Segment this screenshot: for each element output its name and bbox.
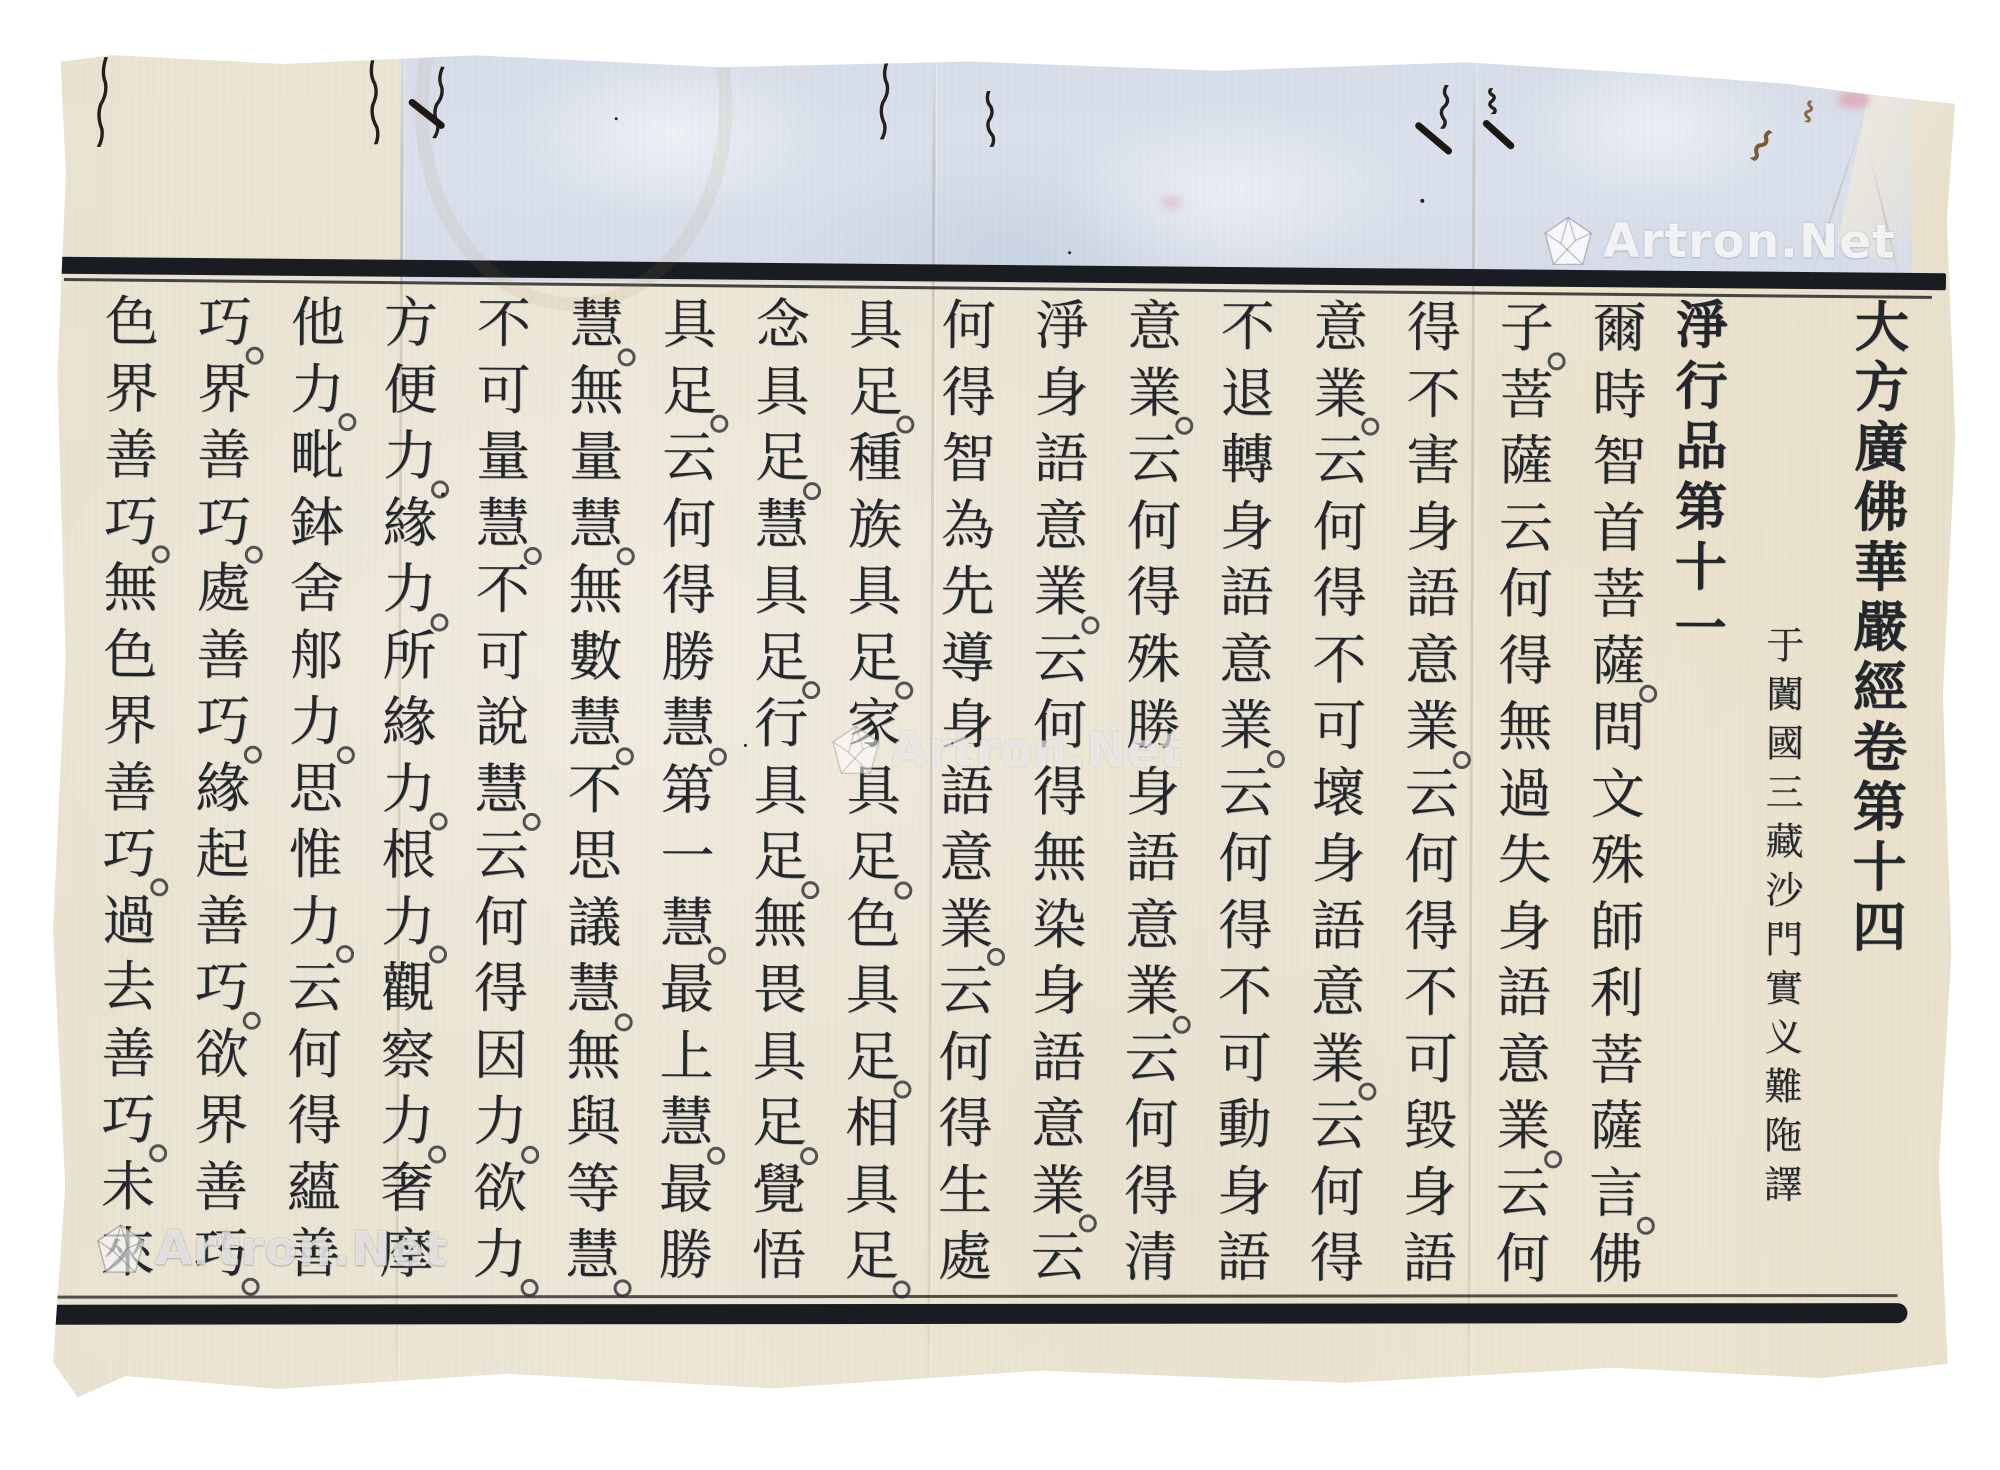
sutra-character: 可	[457, 357, 549, 424]
sutra-character: 何	[643, 491, 735, 558]
sutra-character: 殊	[1571, 827, 1663, 894]
sutra-character: 三	[1739, 768, 1831, 817]
sutra-character: 不	[1202, 294, 1294, 361]
sutra-character: 薩	[1572, 628, 1664, 695]
sutra-character: 善	[176, 888, 268, 955]
sutra-character: 意	[1295, 294, 1387, 361]
sutra-character: 無	[1013, 825, 1105, 892]
sutra-character: 具	[735, 558, 827, 625]
sutra-character: 師	[1571, 894, 1663, 961]
text-column: 不退轉身語意業云何得不可動身語	[1198, 294, 1294, 1292]
sutra-character: 具	[733, 1023, 825, 1090]
sutra-character: 生	[919, 1157, 1011, 1224]
sutra-character: 語	[1198, 1225, 1290, 1292]
sutra-character: 卷	[1834, 717, 1926, 777]
sutra-character: 善	[175, 1154, 267, 1221]
sutra-character: 云	[455, 823, 547, 890]
sutra-character: 得	[1293, 560, 1385, 627]
sutra-character: 巧	[179, 289, 271, 356]
sutra-character: 意	[1109, 293, 1201, 360]
sutra-character: 力	[363, 556, 455, 623]
ink-tear-marks	[55, 51, 1961, 59]
sutra-character: 業	[920, 891, 1012, 958]
pink-smudge	[1160, 196, 1182, 210]
sutra-character: 足	[733, 1090, 825, 1157]
sutra-character: 語	[1012, 1025, 1104, 1092]
sutra-character: 族	[829, 492, 921, 559]
reading-mark-circle	[893, 1280, 911, 1298]
scanned-sutra-page: 大方廣佛華嚴經卷第十四于闐國三藏沙門實义難陁譯淨行品第十一爾時智首菩薩問文殊師利…	[0, 0, 2000, 1470]
sutra-character: 慧	[456, 756, 548, 823]
sutra-character: 身	[1013, 958, 1105, 1025]
sutra-character: 大	[1836, 297, 1928, 357]
reading-mark-circle	[521, 1278, 539, 1296]
sutra-character: 色	[84, 621, 176, 688]
sutra-character: 不	[549, 757, 641, 824]
sutra-character: 量	[550, 424, 642, 491]
sutra-character: 云	[1294, 427, 1386, 494]
sutra-character: 薩	[1480, 428, 1572, 495]
reading-mark-circle	[242, 1277, 260, 1295]
sutra-character: 經	[1834, 657, 1926, 717]
sutra-character: 何	[1014, 692, 1106, 759]
sutra-character: 業	[1477, 1093, 1569, 1160]
sutra-character: 第	[1834, 777, 1926, 837]
sutra-character: 首	[1573, 495, 1665, 562]
text-column: 念具足慧具足行具足無畏具足覺悟	[733, 292, 829, 1290]
sutra-character: 足	[826, 1024, 918, 1091]
sutra-character: 善	[268, 1221, 360, 1288]
sutra-character: 念	[737, 292, 829, 359]
sutra-character: 色	[86, 289, 178, 356]
sutra-character: 善	[82, 1020, 174, 1087]
tear-mark	[367, 60, 383, 148]
text-column: 不可量慧不可說慧云何得因力欲力	[454, 291, 550, 1289]
sutra-character: 得	[919, 1091, 1011, 1158]
sutra-character: 郍	[270, 622, 362, 689]
translator-column: 于闐國三藏沙門實义難陁譯	[1737, 621, 1832, 1209]
sutra-character: 慧	[736, 491, 828, 558]
sutra-character: 云	[1386, 760, 1478, 827]
sutra-character: 語	[1292, 893, 1384, 960]
text-column: 具足種族具足家具足色具足相具足	[826, 292, 922, 1290]
sutra-character: 力	[454, 1089, 546, 1156]
sutra-character: 巧	[178, 489, 270, 556]
sutra-character: 菩	[1480, 362, 1572, 429]
text-column: 他力毗鉢舍郍力思惟力云何得蘊善	[268, 290, 364, 1288]
sutra-character: 來	[82, 1220, 174, 1287]
sutra-character: 力	[270, 689, 362, 756]
sutra-character: 何	[268, 1021, 360, 1088]
sutra-character: 語	[1384, 1226, 1476, 1293]
sutra-character: 勝	[640, 1222, 732, 1289]
chapter-column: 淨行品第十一	[1654, 296, 1748, 659]
sutra-character: 言	[1570, 1160, 1662, 1227]
sutra-character: 他	[272, 290, 364, 357]
sutra-character: 具	[735, 757, 827, 824]
sutra-character: 巧	[175, 1220, 267, 1287]
sutra-character: 云	[1108, 426, 1200, 493]
sutra-character: 得	[642, 557, 734, 624]
sutra-character: 得	[455, 956, 547, 1023]
sutra-character: 業	[1291, 1026, 1383, 1093]
sutra-character: 一	[1654, 598, 1746, 659]
sutra-character: 起	[176, 821, 268, 888]
sutra-character: 意	[1015, 493, 1107, 560]
sutra-character: 可	[1293, 693, 1385, 760]
sutra-character: 何	[455, 889, 547, 956]
sutra-character: 慧	[547, 1222, 639, 1289]
sutra-character: 過	[83, 887, 175, 954]
sutra-character: 業	[1294, 361, 1386, 428]
sutra-character: 失	[1478, 827, 1570, 894]
sutra-character: 便	[364, 357, 456, 424]
sutra-character: 第	[1655, 477, 1747, 538]
sutra-character: 佛	[1570, 1226, 1662, 1293]
text-column: 巧界善巧處善巧緣起善巧欲界善巧	[175, 289, 271, 1287]
ink-speck	[309, 590, 312, 593]
sutra-character: 慧	[549, 690, 641, 757]
sutra-character: 毗	[271, 423, 363, 490]
sutra-character: 具	[644, 291, 736, 358]
sutra-character: 蘊	[268, 1154, 360, 1221]
sutra-character: 何	[1385, 827, 1477, 894]
sutra-character: 過	[1479, 761, 1571, 828]
sutra-character: 無	[734, 890, 826, 957]
sutra-character: 具	[830, 292, 922, 359]
text-column: 慧無量慧無數慧不思議慧無與等慧	[547, 291, 643, 1289]
sutra-character: 意	[1012, 1091, 1104, 1158]
sutra-character: 未	[82, 1153, 174, 1220]
sutra-character: 足	[829, 359, 921, 426]
sutra-character: 色	[827, 891, 919, 958]
sutra-character: 何	[919, 1024, 1011, 1091]
sutra-character: 云	[1105, 1025, 1197, 1092]
text-column: 得不害身語意業云何得不可毀身語	[1384, 295, 1480, 1293]
title-column: 大方廣佛華嚴經卷第十四	[1833, 297, 1928, 957]
sutra-character: 動	[1198, 1092, 1290, 1159]
sutra-character: 力	[361, 1088, 453, 1155]
sutra-character: 云	[1012, 1224, 1104, 1291]
sutra-character: 語	[1478, 960, 1570, 1027]
text-column: 意業云何得不可壞身語意業云何得	[1291, 294, 1387, 1292]
sutra-character: 巧	[176, 954, 268, 1021]
sutra-character: 身	[1201, 493, 1293, 560]
sutra-character: 得	[1105, 1158, 1197, 1225]
sutra-character: 力	[362, 889, 454, 956]
sutra-character: 爾	[1574, 295, 1666, 362]
sutra-character: 與	[547, 1089, 639, 1156]
sutra-character: 云	[1480, 495, 1572, 562]
sutra-character: 一	[641, 823, 733, 890]
sutra-character: 足	[826, 1223, 918, 1290]
sutra-character: 行	[735, 691, 827, 758]
sutra-character: 于	[1739, 621, 1831, 670]
text-column: 方便力緣力所緣力根力觀察力奢摩	[361, 290, 457, 1288]
sutra-character: 意	[1477, 1027, 1569, 1094]
sutra-character: 足	[828, 625, 920, 692]
sutra-character: 善	[85, 422, 177, 489]
sutra-character: 無	[84, 555, 176, 622]
sutra-character: 緣	[364, 490, 456, 557]
sutra-character: 利	[1571, 960, 1663, 1027]
sutra-character: 身	[1198, 1158, 1290, 1225]
sutra-character: 業	[1014, 559, 1106, 626]
sutra-character: 文	[1572, 761, 1664, 828]
sutra-character: 身	[1292, 826, 1384, 893]
sutra-character: 得	[1385, 893, 1477, 960]
sutra-character: 慧	[641, 890, 733, 957]
text-column: 子菩薩云何得無過失身語意業云何	[1477, 295, 1573, 1293]
bottom-border-rule-echo	[56, 1294, 1898, 1299]
sutra-character: 不	[1199, 959, 1291, 1026]
text-column: 爾時智首菩薩問文殊師利菩薩言佛	[1570, 295, 1666, 1293]
sutra-character: 云	[643, 424, 735, 491]
sutra-character: 最	[641, 956, 733, 1023]
sutra-character: 慧	[642, 690, 734, 757]
sutra-character: 巧	[83, 821, 175, 888]
paper-sheet: 大方廣佛華嚴經卷第十四于闐國三藏沙門實义難陁譯淨行品第十一爾時智首菩薩問文殊師利…	[49, 51, 1961, 1411]
sutra-character: 無	[549, 557, 641, 624]
sutra-character: 業	[1012, 1158, 1104, 1225]
sutra-character: 界	[178, 356, 270, 423]
bottom-border-rule	[51, 1303, 1907, 1325]
sutra-character: 根	[362, 822, 454, 889]
sutra-character: 具	[827, 957, 919, 1024]
sutra-character: 覺	[733, 1156, 825, 1223]
sutra-character: 菩	[1570, 1027, 1662, 1094]
sutra-character: 清	[1105, 1224, 1197, 1291]
sutra-character: 處	[919, 1224, 1011, 1291]
sutra-character: 相	[826, 1090, 918, 1157]
sutra-character: 慧	[550, 491, 642, 558]
sutra-character: 語	[1200, 560, 1292, 627]
sutra-character: 轉	[1201, 427, 1293, 494]
sutra-character: 退	[1201, 360, 1293, 427]
sutra-character: 何	[1294, 494, 1386, 561]
sutra-character: 等	[547, 1156, 639, 1223]
sutra-character: 具	[826, 1157, 918, 1224]
sutra-character: 得	[1479, 628, 1571, 695]
sutra-character: 華	[1835, 537, 1927, 597]
sutra-character: 畏	[734, 957, 826, 1024]
sutra-character: 淨	[1656, 296, 1748, 357]
sutra-character: 悟	[733, 1223, 825, 1290]
sutra-character: 得	[1291, 1225, 1383, 1292]
sutra-character: 身	[1107, 759, 1199, 826]
sutra-character: 慧	[548, 956, 640, 1023]
sutra-character: 方	[1835, 357, 1927, 417]
sutra-character: 足	[735, 624, 827, 691]
sutra-character: 勝	[642, 624, 734, 691]
sutra-character: 品	[1655, 417, 1747, 478]
sutra-character: 處	[177, 555, 269, 622]
text-column: 何得智為先導身語意業云何得生處	[919, 293, 1015, 1291]
sutra-character: 身	[1387, 494, 1479, 561]
pink-smudge	[1837, 91, 1871, 109]
sutra-character: 何	[1479, 561, 1571, 628]
sutra-character: 毀	[1384, 1093, 1476, 1160]
sutra-character: 具	[828, 758, 920, 825]
sutra-character: 緣	[177, 755, 269, 822]
sutra-character: 力	[364, 423, 456, 490]
ink-speck	[744, 744, 747, 747]
sutra-character: 壞	[1293, 760, 1385, 827]
sutra-character: 子	[1481, 295, 1573, 362]
sutra-character: 殊	[1107, 626, 1199, 693]
sutra-character: 力	[454, 1222, 546, 1289]
sutra-character: 語	[921, 758, 1013, 825]
sutra-character: 善	[178, 422, 270, 489]
sutra-character: 思	[270, 755, 362, 822]
tear-mark	[93, 57, 112, 152]
sutra-character: 不	[1387, 361, 1479, 428]
sutra-character: 時	[1573, 362, 1665, 429]
sutra-character: 可	[456, 623, 548, 690]
sutra-character: 闐	[1739, 670, 1831, 719]
sutra-character: 量	[457, 424, 549, 491]
sutra-character: 慧	[457, 490, 549, 557]
sutra-character: 業	[1108, 360, 1200, 427]
sutra-character: 意	[1386, 627, 1478, 694]
ink-speck	[1420, 199, 1424, 203]
ink-speck	[671, 602, 674, 605]
sutra-character: 家	[828, 691, 920, 758]
sutra-character: 力	[271, 356, 363, 423]
sutra-character: 方	[365, 290, 457, 357]
reading-mark-circle	[614, 1279, 632, 1297]
sutra-character: 巧	[177, 688, 269, 755]
sutra-character: 何	[1199, 826, 1291, 893]
sutra-character: 十	[1655, 538, 1747, 599]
sutra-character: 無	[547, 1023, 639, 1090]
sutra-character: 察	[361, 1022, 453, 1089]
sutra-character: 界	[175, 1087, 267, 1154]
sutra-text-block: 大方廣佛華嚴經卷第十四于闐國三藏沙門實义難陁譯淨行品第十一爾時智首菩薩問文殊師利…	[55, 51, 1961, 59]
sutra-character: 何	[1105, 1091, 1197, 1158]
sutra-character: 意	[1200, 626, 1292, 693]
sutra-character: 不	[458, 291, 550, 358]
ink-speck	[441, 493, 445, 497]
sutra-character: 具	[828, 558, 920, 625]
sutra-character: 善	[84, 754, 176, 821]
sutra-character: 何	[1291, 1159, 1383, 1226]
sutra-character: 薩	[1570, 1093, 1662, 1160]
sutra-character: 舍	[270, 556, 362, 623]
sutra-character: 所	[363, 623, 455, 690]
sutra-character: 云	[1477, 1160, 1569, 1227]
sutra-character: 云	[1014, 626, 1106, 693]
sutra-character: 足	[827, 824, 919, 891]
sutra-character: 云	[1200, 759, 1292, 826]
sutra-character: 界	[84, 688, 176, 755]
sutra-character: 藏	[1738, 817, 1830, 866]
sutra-character: 譯	[1737, 1160, 1829, 1209]
sutra-character: 云	[1291, 1092, 1383, 1159]
sutra-character: 種	[829, 425, 921, 492]
sutra-character: 議	[548, 890, 640, 957]
sutra-character: 四	[1833, 897, 1925, 957]
sutra-character: 身	[921, 692, 1013, 759]
sutra-character: 足	[643, 358, 735, 425]
sutra-character: 具	[736, 358, 828, 425]
sutra-character: 行	[1655, 356, 1747, 417]
sutra-character: 陁	[1737, 1111, 1829, 1160]
sutra-character: 第	[642, 757, 734, 824]
sutra-character: 得	[1014, 759, 1106, 826]
sutra-character: 身	[1384, 1159, 1476, 1226]
sutra-character: 沙	[1738, 866, 1830, 915]
sutra-character: 可	[1384, 1026, 1476, 1093]
sutra-character: 欲	[175, 1021, 267, 1088]
sutra-character: 無	[1479, 694, 1571, 761]
sutra-character: 染	[1013, 892, 1105, 959]
sutra-character: 業	[1106, 958, 1198, 1025]
sutra-character: 慧	[551, 291, 643, 358]
sutra-character: 智	[922, 426, 1014, 493]
sutra-character: 巧	[82, 1087, 174, 1154]
sutra-character: 緣	[363, 689, 455, 756]
sutra-character: 身	[1478, 894, 1570, 961]
sutra-character: 語	[1386, 561, 1478, 628]
sutra-character: 不	[1293, 627, 1385, 694]
sutra-character: 足	[736, 425, 828, 492]
sutra-character: 勝	[1107, 692, 1199, 759]
sutra-character: 得	[1107, 559, 1199, 626]
sutra-character: 思	[548, 823, 640, 890]
sutra-character: 鉢	[271, 489, 363, 556]
sutra-character: 力	[269, 888, 361, 955]
sutra-character: 業	[1386, 694, 1478, 761]
sutra-character: 善	[177, 622, 269, 689]
sutra-character: 先	[921, 559, 1013, 626]
sutra-character: 說	[456, 690, 548, 757]
sutra-character: 因	[454, 1022, 546, 1089]
sutra-character: 身	[1015, 360, 1107, 427]
sutra-character: 摩	[361, 1221, 453, 1288]
sutra-character: 無	[550, 358, 642, 425]
sutra-character: 佛	[1835, 477, 1927, 537]
sutra-character: 語	[1106, 825, 1198, 892]
ink-speck	[1068, 251, 1071, 254]
sutra-character: 意	[920, 825, 1012, 892]
sutra-character: 可	[1198, 1025, 1290, 1092]
sutra-character: 菩	[1572, 561, 1664, 628]
sutra-character: 云	[269, 955, 361, 1022]
sutra-character: 智	[1573, 428, 1665, 495]
sutra-character: 何	[923, 293, 1015, 360]
ink-speck	[615, 117, 618, 120]
sutra-character: 十	[1833, 837, 1925, 897]
sutra-character: 巧	[85, 488, 177, 555]
text-column: 淨身語意業云何得無染身語意業云	[1012, 293, 1108, 1291]
sutra-character: 奢	[361, 1155, 453, 1222]
sutra-character: 語	[1015, 426, 1107, 493]
sutra-character: 廣	[1835, 417, 1927, 477]
sutra-character: 云	[920, 958, 1012, 1025]
sutra-character: 最	[640, 1156, 732, 1223]
sutra-character: 何	[1477, 1226, 1569, 1293]
sutra-character: 得	[1199, 892, 1291, 959]
sutra-character: 意	[1106, 892, 1198, 959]
text-column: 色界善巧無色界善巧過去善巧未來	[82, 289, 178, 1287]
sutra-character: 去	[83, 954, 175, 1021]
sutra-character: 何	[1108, 493, 1200, 560]
sutra-character: 為	[922, 492, 1014, 559]
sutra-character: 惟	[269, 822, 361, 889]
sutra-character: 業	[1200, 693, 1292, 760]
sutra-character: 得	[1388, 295, 1480, 362]
